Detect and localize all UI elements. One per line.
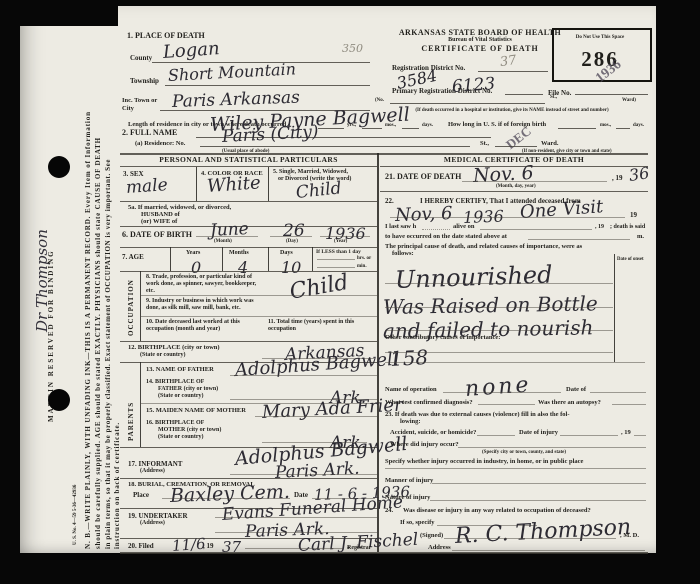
min-label: min. [357, 264, 367, 270]
rule-line [443, 392, 561, 393]
informant-address-paren: (Address) [140, 468, 165, 475]
rule-line [432, 483, 646, 484]
specify-whether-label: Specify whether injury occurred in indus… [385, 458, 583, 466]
county-value: Logan [162, 38, 220, 63]
township-label: Township [130, 77, 159, 85]
occupation-trade-label: 8. Trade, profession, or particular kind… [146, 274, 264, 295]
rule-line [385, 362, 645, 363]
rule-line [478, 71, 548, 72]
cell-divider [222, 247, 223, 271]
residence-label: (a) Residence: No. [135, 140, 185, 148]
operation-label: Name of operation [385, 386, 437, 394]
father-birthplace-label3: (State or country) [158, 393, 204, 400]
age-days-value: 10 [281, 258, 301, 277]
external-causes-label2: lowing: [400, 418, 421, 426]
age-label: 7. AGE [122, 253, 144, 261]
rule-line [458, 447, 646, 448]
rule-line [495, 146, 537, 147]
signed-label: (Signed) [420, 532, 443, 540]
where-injury-label: Where did injury occur? [390, 441, 459, 449]
age-years-header: Years [186, 250, 200, 257]
dob-day-value: 26 [283, 221, 305, 241]
margin-nb-line3: in plain terms, so that it may be proper… [104, 159, 112, 549]
birthplace-label2: (State or country) [140, 352, 186, 359]
rule-line [317, 259, 355, 260]
follows-label: follows: [392, 250, 414, 258]
birthplace-label: 12. BIRTHPLACE (city or town) [128, 344, 220, 352]
rule-line [385, 283, 613, 284]
month-paren: (Month) [214, 239, 232, 245]
full-name-label: 2. FULL NAME [122, 128, 177, 137]
nature-of-injury-label: Nature of injury [385, 494, 430, 502]
burial-place-label: Place [133, 491, 149, 499]
scanned-death-certificate: Dr Thompson MARGIN RESERVED FOR BINDING … [0, 0, 700, 584]
rule-line [215, 517, 377, 518]
address-label: Address [428, 544, 451, 552]
rule-line [575, 94, 648, 95]
age-months-header: Months [229, 250, 249, 257]
m-label: m. [637, 233, 644, 241]
scan-black-corner [0, 0, 118, 26]
less-day-label: If LESS than 1 day [316, 249, 361, 255]
year-paren: (Year) [334, 239, 347, 245]
injury-date-label: Date of injury [519, 429, 558, 437]
primary-registration-value: 6123 [451, 74, 496, 97]
cell-divider [170, 247, 171, 271]
manner-of-injury-label: Manner of injury [385, 477, 433, 485]
filed-label: 20. Filed [128, 542, 154, 550]
rule-line [616, 128, 630, 129]
rule-line [558, 128, 596, 129]
rule-line [480, 229, 592, 230]
rule-line [478, 404, 535, 405]
last-saw-label: I last saw h [385, 223, 416, 231]
rule-line [380, 191, 648, 192]
rule-line [317, 267, 355, 268]
days-label: days. [422, 123, 433, 129]
punch-hole-bottom [48, 389, 70, 411]
rule-line [390, 217, 625, 218]
principal-cause-label: The principal cause of death, and relate… [385, 243, 582, 251]
mother-birthplace-label3: (State or country) [158, 434, 204, 441]
father-name-label: 13. NAME OF FATHER [146, 366, 214, 374]
rule-line [200, 146, 470, 147]
rule-line [140, 295, 377, 296]
personal-section-title: PERSONAL AND STATISTICAL PARTICULARS [120, 156, 377, 165]
no-paren-label: (No. [375, 98, 384, 104]
st-label: St., [550, 95, 557, 101]
city-label: City [122, 105, 134, 113]
ward-paren-label: Ward) [622, 98, 636, 104]
cause-of-death-line1: Unnourished [395, 261, 553, 294]
dod-paren: (Month, day, year) [496, 184, 536, 190]
ward2-label: Ward. [541, 140, 559, 148]
registration-district-pencil-value: 37 [499, 53, 517, 70]
hospital-note: (If death occurred in a hospital or inst… [378, 108, 646, 114]
date-of-death-label: 21. DATE OF DEATH [385, 172, 461, 181]
autopsy-label: Was there an autopsy? [538, 399, 601, 407]
rule-line [452, 550, 645, 551]
test-label: What test confirmed diagnosis? [385, 399, 473, 407]
date-of-onset-label: Date of onset [617, 257, 647, 263]
death-said-label: ; death is said [610, 224, 645, 231]
undertaker-address-paren: (Address) [140, 520, 165, 527]
last-worked-label: 10. Date deceased last worked at this oc… [146, 319, 264, 333]
margin-nb-line2: should be carefully supplied. AGE should… [94, 137, 102, 549]
rule-line [477, 435, 515, 436]
mother-name-label: 15. MAIDEN NAME OF MOTHER [146, 407, 246, 415]
rule-line [385, 307, 613, 308]
rule-line [402, 128, 419, 129]
husband-label3: (or) WIFE of [141, 218, 177, 226]
rule-line [320, 236, 370, 237]
rule-line [528, 239, 630, 240]
rule-line [270, 236, 312, 237]
hrs-or-label: hrs. or [357, 256, 371, 262]
form-bottom-border [120, 552, 648, 554]
rule-line [385, 330, 613, 331]
certify-number: 22. [385, 197, 394, 205]
rule-line [362, 128, 382, 129]
pencil-note: 350 [342, 42, 363, 55]
dod-19-label: , 19 [612, 174, 623, 182]
rule-line [255, 416, 377, 417]
rule-line [120, 166, 377, 167]
form-number-label: U. S. No. 4—59 5-36—42936 [73, 485, 78, 545]
foreign-birth-label: How long in U. S. if of foreign birth [448, 121, 546, 129]
parents-vertical-label: PARENTS [127, 402, 135, 441]
cell-divider [140, 271, 141, 341]
last-19-label: , 19 [595, 224, 604, 231]
related-number: 24. [385, 507, 393, 515]
operation-value: none [464, 372, 532, 402]
industry-label: 9. Industry or business in which work wa… [146, 298, 264, 312]
contributory-value: 158 [389, 345, 428, 371]
rule-line [634, 435, 646, 436]
md-label: , M. D. [620, 532, 639, 540]
rule-line [560, 435, 618, 436]
rule-line [462, 181, 607, 182]
race-value: White [206, 172, 261, 197]
informant-label: 17. INFORMANT [128, 460, 182, 468]
rule-line [430, 500, 646, 501]
day-paren: (Day) [286, 239, 298, 245]
mos2-label: mos., [600, 123, 611, 129]
rule-line [422, 229, 450, 230]
rule-line [140, 316, 377, 317]
margin-nb-line1: N. B.—WRITE PLAINLY, WITH UNFADING INK—T… [84, 111, 92, 549]
rule-line [196, 236, 258, 237]
county-label: County [130, 54, 152, 62]
rule-line [444, 538, 616, 539]
burial-date-label: Date [294, 491, 308, 499]
rule-line [120, 247, 377, 248]
filed-19-label: , 19 [203, 542, 214, 550]
rule-line [165, 85, 370, 86]
rule-line [385, 468, 646, 469]
rule-line [505, 94, 543, 95]
days2-label: days. [633, 123, 644, 129]
rule-line [120, 478, 377, 479]
occupation-vertical-label: OCCUPATION [127, 279, 135, 336]
dob-label: 6. DATE OF BIRTH [122, 230, 192, 239]
punch-hole-top [48, 156, 70, 178]
rule-line [590, 392, 646, 393]
cell-divider [312, 247, 313, 271]
rule-line [390, 103, 545, 104]
total-time-label: 11. Total time (years) spent in this occ… [268, 319, 366, 333]
age-days-header: Days [280, 250, 293, 257]
rule-line [245, 548, 343, 549]
alive-on-label: alive on [453, 223, 475, 231]
occurred-label: to have occurred on the date stated abov… [385, 233, 507, 241]
cell-divider [196, 167, 197, 201]
specify-city-note: (Specify city or town, county, and state… [482, 450, 566, 456]
do-not-use-label: Do Not Use This Space [554, 35, 646, 41]
cell-divider [268, 247, 269, 271]
cell-divider [268, 167, 269, 201]
if-so-specify-label: If so, specify [400, 519, 434, 527]
contributory-label: Other contributory causes of importance: [385, 334, 500, 342]
dob-month-value: June [209, 219, 249, 241]
cell-divider [140, 362, 141, 447]
accident-label: Accident, suicide, or homicide? [390, 429, 476, 437]
margin-nb-line4: instruction on back of certificate. [113, 422, 121, 549]
inc-town-label: Inc. Town or [122, 97, 157, 105]
dod-year-value: 36 [628, 163, 651, 185]
injury-19-label: , 19 [621, 429, 631, 437]
date-of-label: Date of [566, 386, 586, 394]
rule-line [162, 498, 290, 499]
rule-line [612, 404, 646, 405]
undertaker-label: 19. UNDERTAKER [128, 512, 188, 520]
sex-value: male [125, 175, 168, 198]
related-occupation-label: Was disease or injury in any way related… [403, 507, 591, 515]
st2-label: St., [480, 140, 489, 148]
rule-line [230, 474, 377, 475]
onset-column-divider [614, 254, 615, 362]
to-19-label: 19 [630, 211, 637, 219]
rule-line [230, 375, 377, 376]
rule-line [385, 352, 613, 353]
rule-line [120, 201, 377, 202]
